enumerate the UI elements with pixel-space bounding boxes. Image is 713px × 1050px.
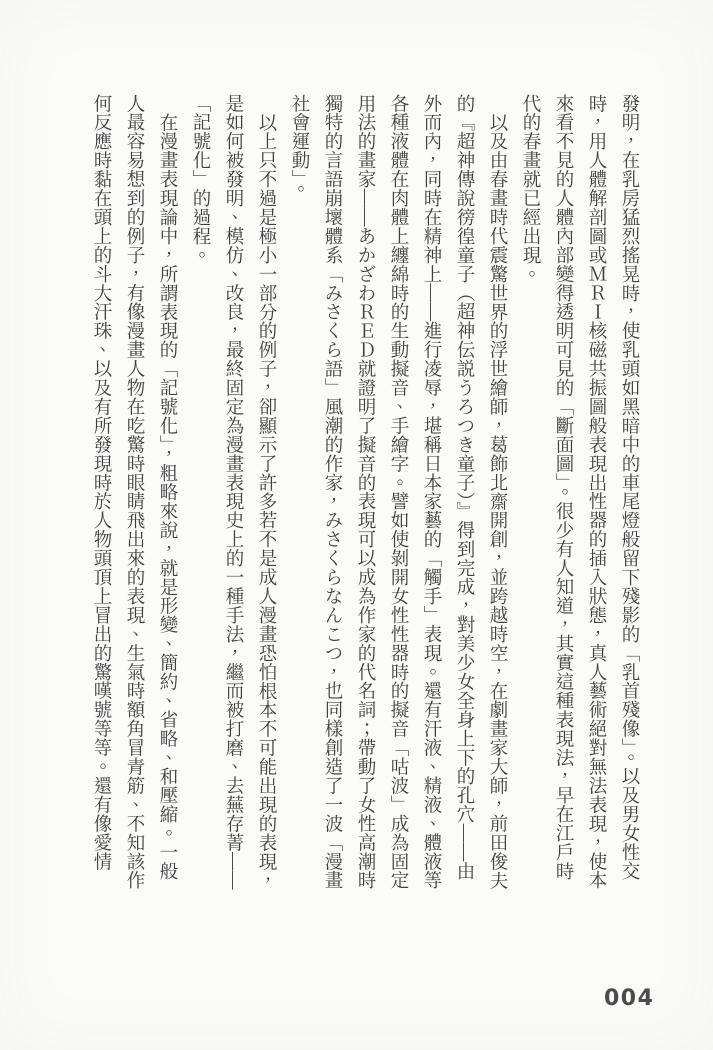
page-number: 004 [604, 986, 654, 1011]
book-page: 發明，在乳房猛烈搖晃時，使乳頭如黑暗中的車尾燈般留下殘影的「乳首殘像」。以及男女… [0, 0, 713, 1050]
paragraph-2: 以及由春畫時代震驚世界的浮世繪師，葛飾北齋開創，並跨越時空，在劇畫家大師，前田俊… [282, 94, 513, 892]
vertical-text-block: 發明，在乳房猛烈搖晃時，使乳頭如黑暗中的車尾燈般留下殘影的「乳首殘像」。以及男女… [84, 94, 645, 892]
paragraph-3: 以上只不過是極小一部分的例子，卻顯示了許多若不是成人漫畫恐怕根本不可能出現的表現… [183, 94, 282, 892]
paragraph-4: 在漫畫表現論中，所謂表現的「記號化」，粗略來說，就是形變、簡約、省略、和壓縮。一… [84, 94, 183, 892]
paragraph-1: 發明，在乳房猛烈搖晃時，使乳頭如黑暗中的車尾燈般留下殘影的「乳首殘像」。以及男女… [513, 94, 645, 892]
